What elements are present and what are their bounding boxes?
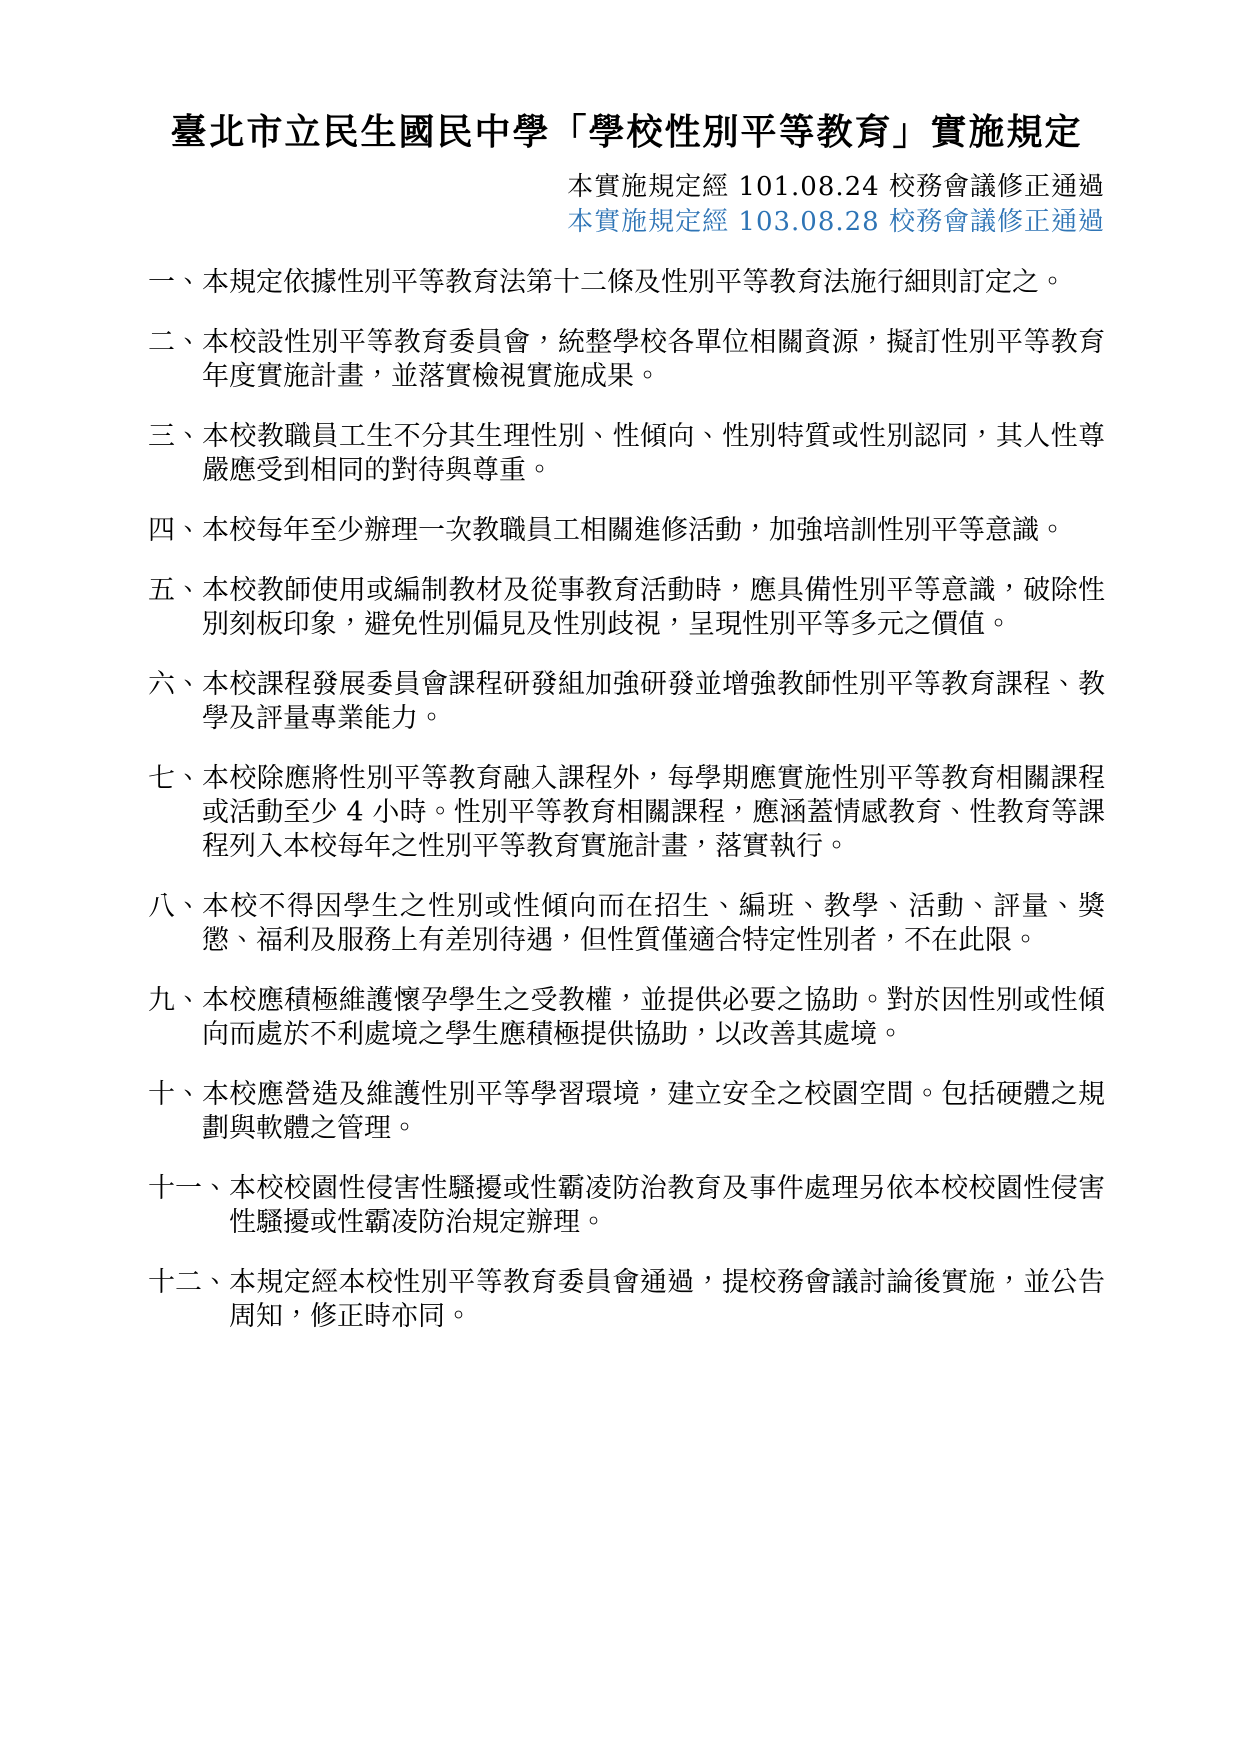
regulation-item-1: 一、 本規定依據性別平等教育法第十二條及性別平等教育法施行細則訂定之。 [148,266,1105,300]
regulation-item-4: 四、 本校每年至少辦理一次教職員工相關進修活動，加強培訓性別平等意識。 [148,514,1105,548]
item-number: 八、 [148,890,202,958]
item-text: 本校教職員工生不分其生理性別、性傾向、性別特質或性別認同，其人性尊嚴應受到相同的… [202,420,1105,488]
item-number: 三、 [148,420,202,488]
revision-note-101: 本實施規定經 101.08.24 校務會議修正通過 [148,170,1105,205]
item-number: 十二、 [148,1266,229,1334]
item-number: 六、 [148,668,202,736]
item-number: 四、 [148,514,202,548]
item-text: 本校應積極維護懷孕學生之受教權，並提供必要之協助。對於因性別或性傾向而處於不利處… [202,984,1105,1052]
item-number: 七、 [148,762,202,864]
item-number: 一、 [148,266,202,300]
item-number: 二、 [148,326,202,394]
item-number: 十一、 [148,1172,229,1240]
regulation-item-8: 八、 本校不得因學生之性別或性傾向而在招生、編班、教學、活動、評量、獎懲、福利及… [148,890,1105,958]
item-text: 本規定經本校性別平等教育委員會通過，提校務會議討論後實施，並公告周知，修正時亦同… [229,1266,1105,1334]
item-text: 本校課程發展委員會課程研發組加強研發並增強教師性別平等教育課程、教學及評量專業能… [202,668,1105,736]
item-text: 本校設性別平等教育委員會，統整學校各單位相關資源，擬訂性別平等教育年度實施計畫，… [202,326,1105,394]
document-title: 臺北市立民生國民中學「學校性別平等教育」實施規定 [148,108,1105,156]
revision-note-103: 本實施規定經 103.08.28 校務會議修正通過 [148,205,1105,240]
revision-notes: 本實施規定經 101.08.24 校務會議修正通過 本實施規定經 103.08.… [148,170,1105,240]
item-text: 本校每年至少辦理一次教職員工相關進修活動，加強培訓性別平等意識。 [202,514,1105,548]
regulation-item-9: 九、 本校應積極維護懷孕學生之受教權，並提供必要之協助。對於因性別或性傾向而處於… [148,984,1105,1052]
regulation-item-7: 七、 本校除應將性別平等教育融入課程外，每學期應實施性別平等教育相關課程或活動至… [148,762,1105,864]
regulation-item-11: 十一、 本校校園性侵害性騷擾或性霸凌防治教育及事件處理另依本校校園性侵害性騷擾或… [148,1172,1105,1240]
item-text: 本校校園性侵害性騷擾或性霸凌防治教育及事件處理另依本校校園性侵害性騷擾或性霸凌防… [229,1172,1105,1240]
item-number: 九、 [148,984,202,1052]
regulation-item-5: 五、 本校教師使用或編制教材及從事教育活動時，應具備性別平等意識，破除性別刻板印… [148,574,1105,642]
item-text: 本校不得因學生之性別或性傾向而在招生、編班、教學、活動、評量、獎懲、福利及服務上… [202,890,1105,958]
item-text: 本校除應將性別平等教育融入課程外，每學期應實施性別平等教育相關課程或活動至少 4… [202,762,1105,864]
regulation-item-6: 六、 本校課程發展委員會課程研發組加強研發並增強教師性別平等教育課程、教學及評量… [148,668,1105,736]
item-text: 本校教師使用或編制教材及從事教育活動時，應具備性別平等意識，破除性別刻板印象，避… [202,574,1105,642]
regulation-item-2: 二、 本校設性別平等教育委員會，統整學校各單位相關資源，擬訂性別平等教育年度實施… [148,326,1105,394]
item-text: 本校應營造及維護性別平等學習環境，建立安全之校園空間。包括硬體之規劃與軟體之管理… [202,1078,1105,1146]
regulation-list: 一、 本規定依據性別平等教育法第十二條及性別平等教育法施行細則訂定之。 二、 本… [148,266,1105,1334]
item-number: 五、 [148,574,202,642]
regulation-item-10: 十、 本校應營造及維護性別平等學習環境，建立安全之校園空間。包括硬體之規劃與軟體… [148,1078,1105,1146]
document-page: 臺北市立民生國民中學「學校性別平等教育」實施規定 本實施規定經 101.08.2… [0,0,1241,1754]
item-number: 十、 [148,1078,202,1146]
item-text: 本規定依據性別平等教育法第十二條及性別平等教育法施行細則訂定之。 [202,266,1105,300]
regulation-item-3: 三、 本校教職員工生不分其生理性別、性傾向、性別特質或性別認同，其人性尊嚴應受到… [148,420,1105,488]
regulation-item-12: 十二、 本規定經本校性別平等教育委員會通過，提校務會議討論後實施，並公告周知，修… [148,1266,1105,1334]
